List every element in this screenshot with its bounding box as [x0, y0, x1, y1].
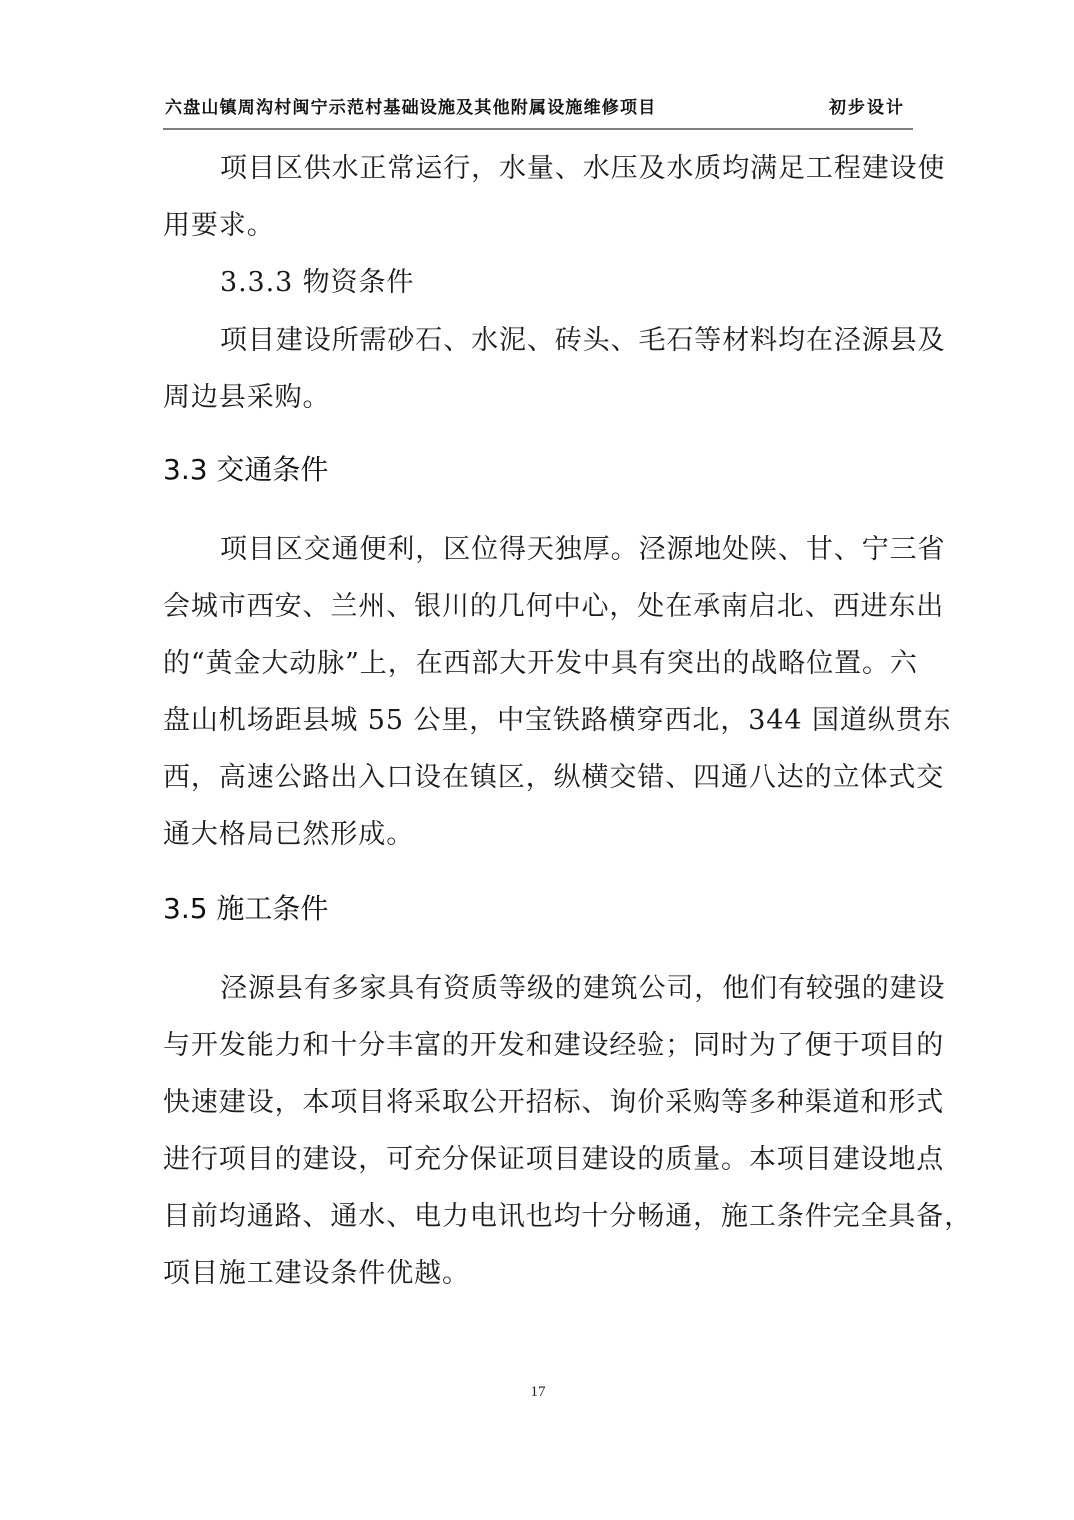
paragraph-line: 快速建设，本项目将采取公开招标、询价采购等多种渠道和形式: [163, 1074, 913, 1131]
header-divider: [163, 128, 913, 130]
paragraph-line: 项目建设所需砂石、水泥、砖头、毛石等材料均在泾源县及: [163, 312, 913, 369]
paragraph-water-supply: 项目区供水正常运行，水量、水压及水质均满足工程建设使 用要求。: [163, 140, 913, 254]
paragraph-line: 周边县采购。: [163, 369, 913, 426]
paragraph-line: 会城市西安、兰州、银川的几何中心，处在承南启北、西进东出: [163, 578, 913, 635]
paragraph-transportation: 项目区交通便利，区位得天独厚。泾源地处陕、甘、宁三省 会城市西安、兰州、银川的几…: [163, 521, 913, 863]
running-header: 六盘山镇周沟村闽宁示范村基础设施及其他附属设施维修项目 初步设计: [163, 94, 913, 116]
page-number: 17: [163, 1384, 913, 1401]
paragraph-line: 与开发能力和十分丰富的开发和建设经验；同时为了便于项目的: [163, 1017, 913, 1074]
header-section-label: 初步设计: [829, 93, 913, 118]
paragraph-line: 通大格局已然形成。: [163, 806, 913, 863]
section-heading-construction: 3.5 施工条件: [163, 889, 328, 929]
section-heading-transportation: 3.3 交通条件: [163, 450, 328, 490]
paragraph-line: 项目区供水正常运行，水量、水压及水质均满足工程建设使: [163, 140, 913, 197]
subheading-text: 3.3.3 物资条件: [163, 254, 913, 311]
paragraph-line: 盘山机场距县城 55 公里，中宝铁路横穿西北，344 国道纵贯东: [163, 692, 913, 749]
paragraph-line: 泾源县有多家具有资质等级的建筑公司，他们有较强的建设: [163, 960, 913, 1017]
paragraph-construction: 泾源县有多家具有资质等级的建筑公司，他们有较强的建设 与开发能力和十分丰富的开发…: [163, 960, 913, 1302]
paragraph-line: 目前均通路、通水、电力电讯也均十分畅通，施工条件完全具备，: [163, 1188, 913, 1245]
paragraph-materials: 项目建设所需砂石、水泥、砖头、毛石等材料均在泾源县及 周边县采购。: [163, 312, 913, 426]
header-project-title: 六盘山镇周沟村闽宁示范村基础设施及其他附属设施维修项目: [163, 93, 656, 118]
paragraph-line: 项目施工建设条件优越。: [163, 1245, 913, 1302]
paragraph-line: 进行项目的建设，可充分保证项目建设的质量。本项目建设地点: [163, 1131, 913, 1188]
paragraph-line: 西，高速公路出入口设在镇区，纵横交错、四通八达的立体式交: [163, 749, 913, 806]
paragraph-line: 用要求。: [163, 197, 913, 254]
subheading-material-conditions: 3.3.3 物资条件: [163, 254, 913, 311]
paragraph-line: 项目区交通便利，区位得天独厚。泾源地处陕、甘、宁三省: [163, 521, 913, 578]
document-page: 六盘山镇周沟村闽宁示范村基础设施及其他附属设施维修项目 初步设计 项目区供水正常…: [163, 0, 913, 1520]
paragraph-line: 的“黄金大动脉”上，在西部大开发中具有突出的战略位置。六: [163, 635, 913, 692]
